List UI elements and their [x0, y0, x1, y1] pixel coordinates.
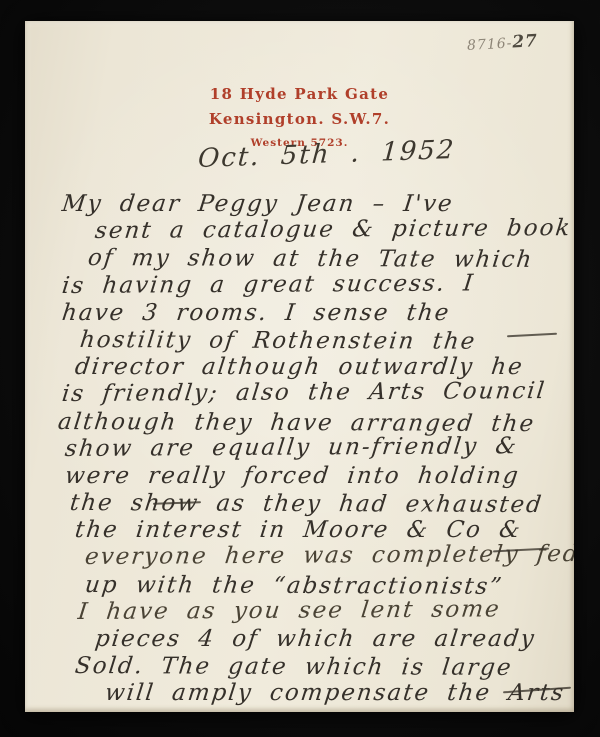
letterhead-address-line2: Kensington. S.W.7. [25, 110, 574, 128]
letter-body: My dear Peggy Jean – I've sent a catalog… [25, 191, 574, 708]
letter-page: 8716-27 18 Hyde Park Gate Kensington. S.… [25, 21, 574, 712]
catalog-number-prefix: 8716- [467, 35, 513, 53]
letterhead: 18 Hyde Park Gate Kensington. S.W.7. Wes… [25, 85, 574, 149]
letter-line: is friendly; also the Arts Council [60, 378, 574, 408]
letter-line: will amply compensate the Arts [103, 680, 574, 707]
letter-line: have 3 rooms. I sense the [60, 300, 574, 327]
letter-line: show are equally un-friendly & [63, 433, 574, 463]
catalog-number: 8716-27 [466, 31, 538, 55]
letter-line: the interest in Moore & Co & [73, 517, 574, 544]
letter-line: sent a catalogue & picture book [93, 215, 574, 245]
letter-line: is having a great success. I [60, 269, 574, 299]
letter-line: My dear Peggy Jean – I've [60, 191, 574, 218]
catalog-number-suffix: 27 [512, 31, 539, 52]
letter-line: I have as you see lent some [76, 596, 574, 626]
letter-line: everyone here was completely fed [83, 541, 574, 571]
letter-line: the show as they had exhausted [68, 490, 574, 519]
letter-line: director although outwardly he [73, 354, 574, 381]
letter-line: hostility of Rothenstein the [78, 327, 574, 356]
letterhead-address-line1: 18 Hyde Park Gate [25, 85, 574, 103]
letter-line: were really forced into holding [63, 463, 574, 490]
letter-line: Sold. The gate which is large [73, 653, 574, 682]
photo-background: 8716-27 18 Hyde Park Gate Kensington. S.… [0, 0, 600, 737]
letter-line: pieces 4 of which are already [93, 626, 574, 653]
